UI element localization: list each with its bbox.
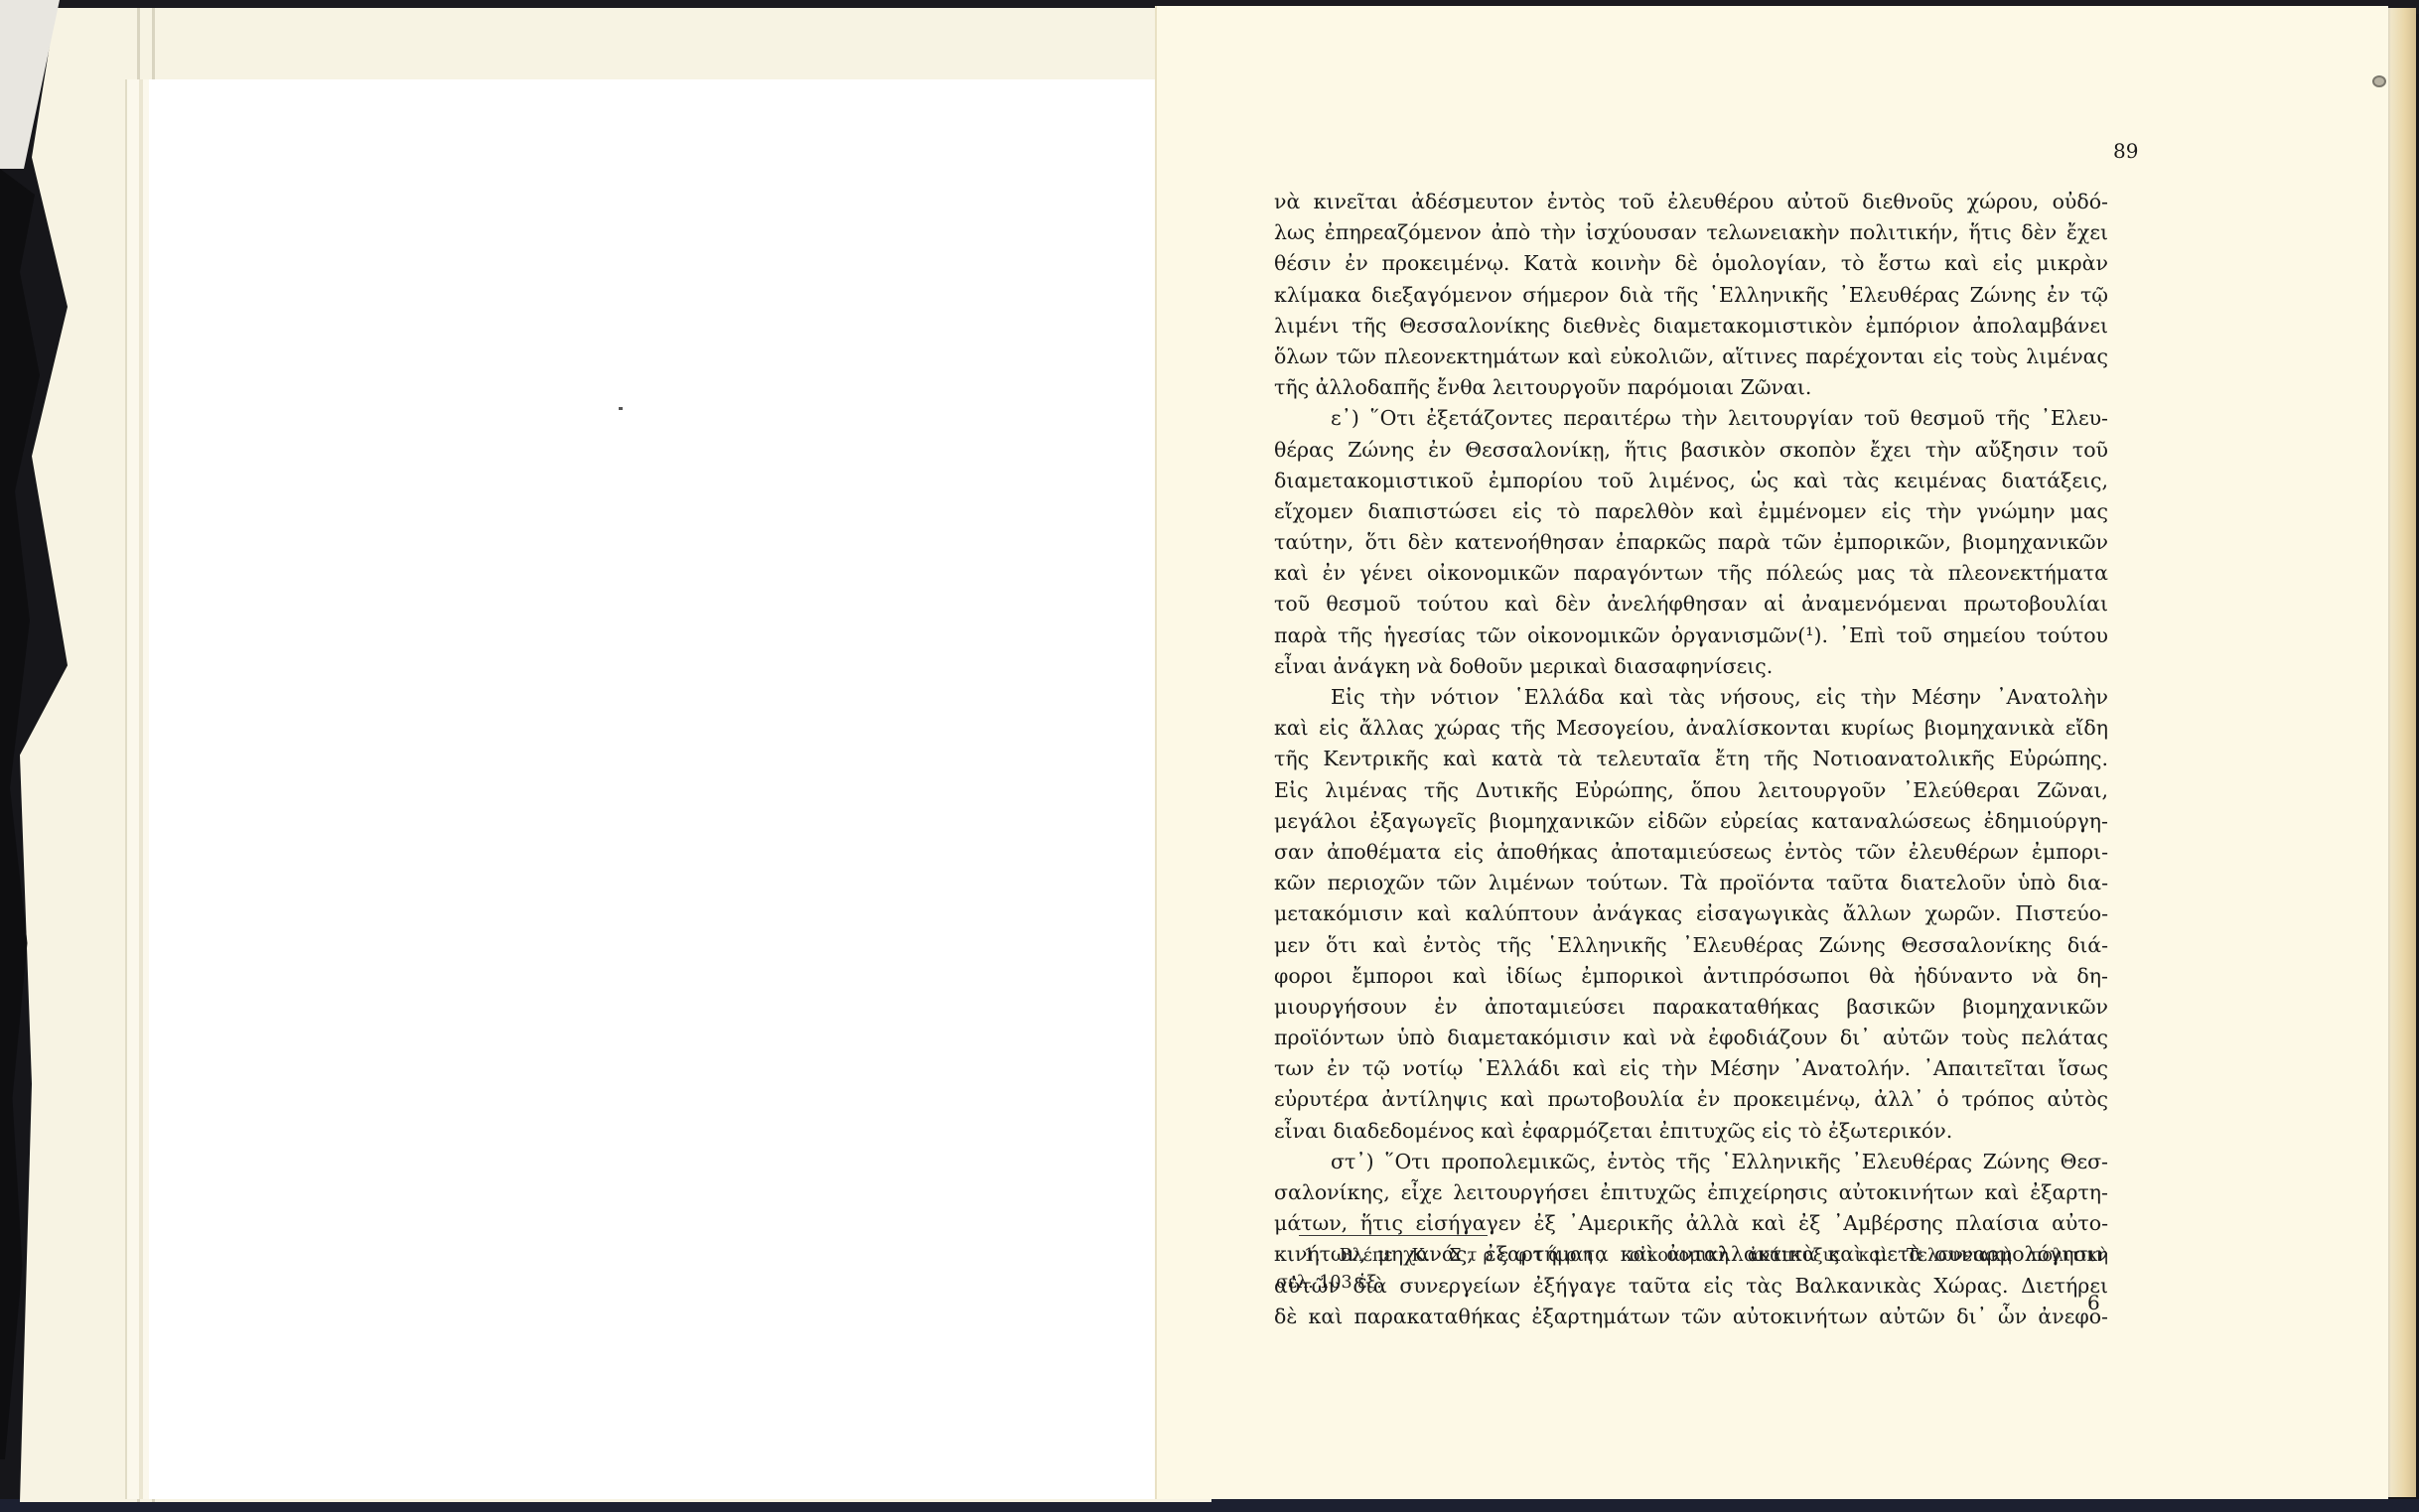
text-line: διαμετακομιστικοῦ ἐμπορίου τοῦ λιμένος, … [1274,466,2108,496]
left-page-blank [149,79,1211,1499]
text-line: ὅλων τῶν πλεονεκτημάτων καὶ εὐκολιῶν, αἵ… [1274,342,2108,372]
text-line: εἶναι διαδεδομένος καὶ ἐφαρμόζεται ἐπιτυ… [1274,1116,2108,1147]
text-line: θέσιν ἐν προκειμένῳ. Κατὰ κοινὴν δὲ ὁμολ… [1274,248,2108,279]
text-line: Εἰς τὴν νότιον ῾Ελλάδα καὶ τὰς νήσους, ε… [1274,682,2108,713]
text-line: λιμένι τῆς Θεσσαλονίκης διεθνὲς διαμετακ… [1274,311,2108,342]
footnote: 1. Βλέπε Κ. Στρεφτάρη, οἰκονομικὴ ἀνάπτυ… [1276,1243,2108,1297]
text-line: τῆς ἀλλοδαπῆς ἔνθα λειτουργοῦν παρόμοιαι… [1274,372,2108,403]
text-line: μεγάλοι ἐξαγωγεῖς βιομηχανικῶν εἰδῶν εὐρ… [1274,806,2108,837]
footnote-author: Στρεφτάρη, [1449,1246,1611,1266]
ink-speck [619,407,623,410]
text-line: τῆς Κεντρικῆς καὶ κατὰ τὰ τελευταῖα ἔτη … [1274,744,2108,774]
text-line: εἶναι ἀνάγκη νὰ δοθοῦν μερικαὶ διασαφηνί… [1274,651,2108,682]
signature-mark: 6 [2087,1291,2100,1314]
footnote-line: 1. Βλέπε Κ. Στρεφτάρη, οἰκονομικὴ ἀνάπτυ… [1276,1243,2108,1270]
text-line: καὶ εἰς ἄλλας χώρας τῆς Μεσογείου, ἀναλί… [1274,713,2108,744]
text-line: στ᾿) ῞Οτι προπολεμικῶς, ἐντὸς τῆς ῾Ελλην… [1274,1147,2108,1177]
text-line: λως ἐπηρεαζόμενον ἀπὸ τὴν ἰσχύουσαν τελω… [1274,217,2108,248]
footnote-title: οἰκονομικὴ ἀνάπτυξις καὶ Τελωνειακὴ πολι… [1630,1246,2108,1266]
footnote-number: 1. [1304,1246,1321,1266]
text-line: κῶν περιοχῶν τῶν λιμένων τούτων. Τὰ προϊ… [1274,868,2108,898]
text-line: κλίμακα διεξαγόμενον σήμερον διὰ τῆς ῾Ελ… [1274,280,2108,311]
text-line: προϊόντων ὑπὸ διαμετακόμισιν καὶ νὰ ἐφοδ… [1274,1023,2108,1053]
text-line: νὰ κινεῖται ἀδέσμευτον ἐντὸς τοῦ ἐλευθέρ… [1274,187,2108,217]
page-number: 89 [2113,139,2138,163]
text-line: παρὰ τῆς ἡγεσίας τῶν οἰκονομικῶν ὀργανισ… [1274,620,2108,651]
footnote-rule [1299,1235,1488,1236]
binding-hole [2372,75,2386,87]
text-line: φοροι ἔμποροι καὶ ἰδίως ἐμπορικοὶ ἀντιπρ… [1274,961,2108,992]
text-line: ταύτην, ὅτι δὲν κατενοήθησαν ἐπαρκῶς παρ… [1274,527,2108,558]
text-line: ε᾿) ῞Οτι ἐξετάζοντες περαιτέρω τὴν λειτο… [1274,403,2108,434]
text-line: τοῦ θεσμοῦ τούτου καὶ δὲν ἀνελήφθησαν αἱ… [1274,589,2108,619]
text-line: καὶ ἐν γένει οἰκονομικῶν παραγόντων τῆς … [1274,558,2108,589]
text-line: θέρας Ζώνης ἐν Θεσσαλονίκῃ, ἥτις βασικὸν… [1274,435,2108,466]
text-line: μεν ὅτι καὶ ἐντὸς τῆς ῾Ελληνικῆς ᾿Ελευθέ… [1274,930,2108,961]
text-line: εὐρυτέρα ἀντίληψις καὶ πρωτοβουλία ἐν πρ… [1274,1084,2108,1115]
book-scan: 89 νὰ κινεῖται ἀδέσμευτον ἐντὸς τοῦ ἐλευ… [0,0,2419,1512]
text-line: σαλονίκης, εἶχε λειτουργήσει ἐπιτυχῶς ἐπ… [1274,1177,2108,1208]
text-line: μιουργήσουν ἐν ἀποταμιεύσει παρακαταθήκα… [1274,992,2108,1023]
text-line: σαν ἀποθέματα εἰς ἀποθήκας ἀποταμιεύσεως… [1274,837,2108,868]
right-page-edge [2388,8,2416,1497]
text-line: δὲ καὶ παρακαταθήκας ἐξαρτημάτων τῶν αὐτ… [1274,1302,2108,1332]
text-line: των ἐν τῷ νοτίῳ ῾Ελλάδι καὶ εἰς τὴν Μέση… [1274,1053,2108,1084]
footnote-pre: Βλέπε Κ. [1340,1246,1430,1266]
text-line: μετακόμισιν καὶ καλύπτουν ἀνάγκας εἰσαγω… [1274,898,2108,929]
text-line: Εἰς λιμένας τῆς Δυτικῆς Εὐρώπης, ὅπου λε… [1274,775,2108,806]
page-edge-line [137,8,140,1502]
body-text: νὰ κινεῖται ἀδέσμευτον ἐντὸς τοῦ ἐλευθέρ… [1274,187,2108,1332]
footnote-line: σελ. 103 ἑξ. [1276,1270,2108,1297]
text-line: εἴχομεν διαπιστώσει εἰς τὸ παρελθὸν καὶ … [1274,496,2108,527]
